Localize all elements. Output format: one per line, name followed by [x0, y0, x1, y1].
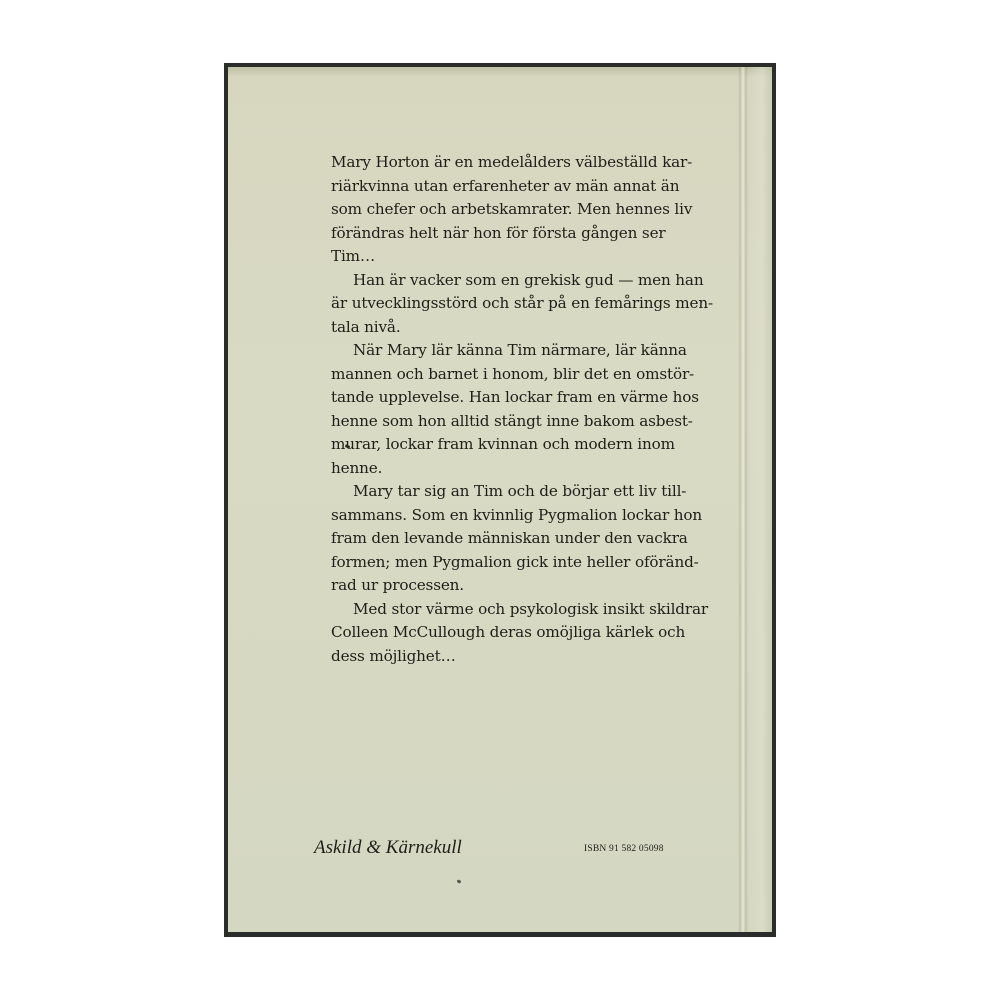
blurb-line: fram den levande människan under den vac…: [331, 527, 731, 551]
blurb-line: När Mary lär känna Tim närmare, lär känn…: [331, 339, 731, 363]
blurb-line: rad ur processen.: [331, 574, 731, 598]
blurb-line: är utvecklingsstörd och står på en femår…: [331, 292, 731, 316]
blurb-line: som chefer och arbetskamrater. Men henne…: [331, 198, 731, 222]
blurb-paragraph: När Mary lär känna Tim närmare, lär känn…: [331, 339, 731, 480]
book-back-cover: Mary Horton är en medelålders välbeställ…: [224, 63, 776, 937]
blurb-paragraph: Mary Horton är en medelålders välbeställ…: [331, 151, 731, 269]
print-blemish: [457, 879, 462, 883]
isbn-number: ISBN 91 582 05098: [584, 844, 664, 854]
blurb-line: Han är vacker som en grekisk gud — men h…: [331, 269, 731, 293]
blurb-paragraph: Med stor värme och psykologisk insikt sk…: [331, 598, 731, 669]
blurb-line: henne som hon alltid stängt inne bakom a…: [331, 410, 731, 434]
blurb-line: formen; men Pygmalion gick inte heller o…: [331, 551, 731, 575]
blurb-line: tala nivå.: [331, 316, 731, 340]
blurb-line: förändras helt när hon för första gången…: [331, 222, 731, 246]
blurb-line: Med stor värme och psykologisk insikt sk…: [331, 598, 731, 622]
cover-hinge: [738, 67, 748, 932]
publisher-name: Askild & Kärnekull: [314, 837, 462, 859]
spine-edge: [748, 67, 772, 932]
blurb-line: Tim…: [331, 245, 731, 269]
blurb-line: Mary tar sig an Tim och de börjar ett li…: [331, 480, 731, 504]
blurb-line: murar, lockar fram kvinnan och modern in…: [331, 433, 731, 457]
blurb-line: dess möjlighet…: [331, 645, 731, 669]
blurb-line: Colleen McCullough deras omöjliga kärlek…: [331, 621, 731, 645]
blurb-line: tande upplevelse. Han lockar fram en vär…: [331, 386, 731, 410]
blurb-line: riärkvinna utan erfarenheter av män anna…: [331, 175, 731, 199]
blurb-line: mannen och barnet i honom, blir det en o…: [331, 363, 731, 387]
cover-surface: Mary Horton är en medelålders välbeställ…: [228, 67, 772, 932]
blurb-line: sammans. Som en kvinnlig Pygmalion locka…: [331, 504, 731, 528]
blurb-text: Mary Horton är en medelålders välbeställ…: [331, 151, 731, 668]
blurb-paragraph: Han är vacker som en grekisk gud — men h…: [331, 269, 731, 340]
blurb-paragraph: Mary tar sig an Tim och de börjar ett li…: [331, 480, 731, 598]
blurb-line: henne.: [331, 457, 731, 481]
blurb-line: Mary Horton är en medelålders välbeställ…: [331, 151, 731, 175]
page: Mary Horton är en medelålders välbeställ…: [0, 0, 1000, 1000]
